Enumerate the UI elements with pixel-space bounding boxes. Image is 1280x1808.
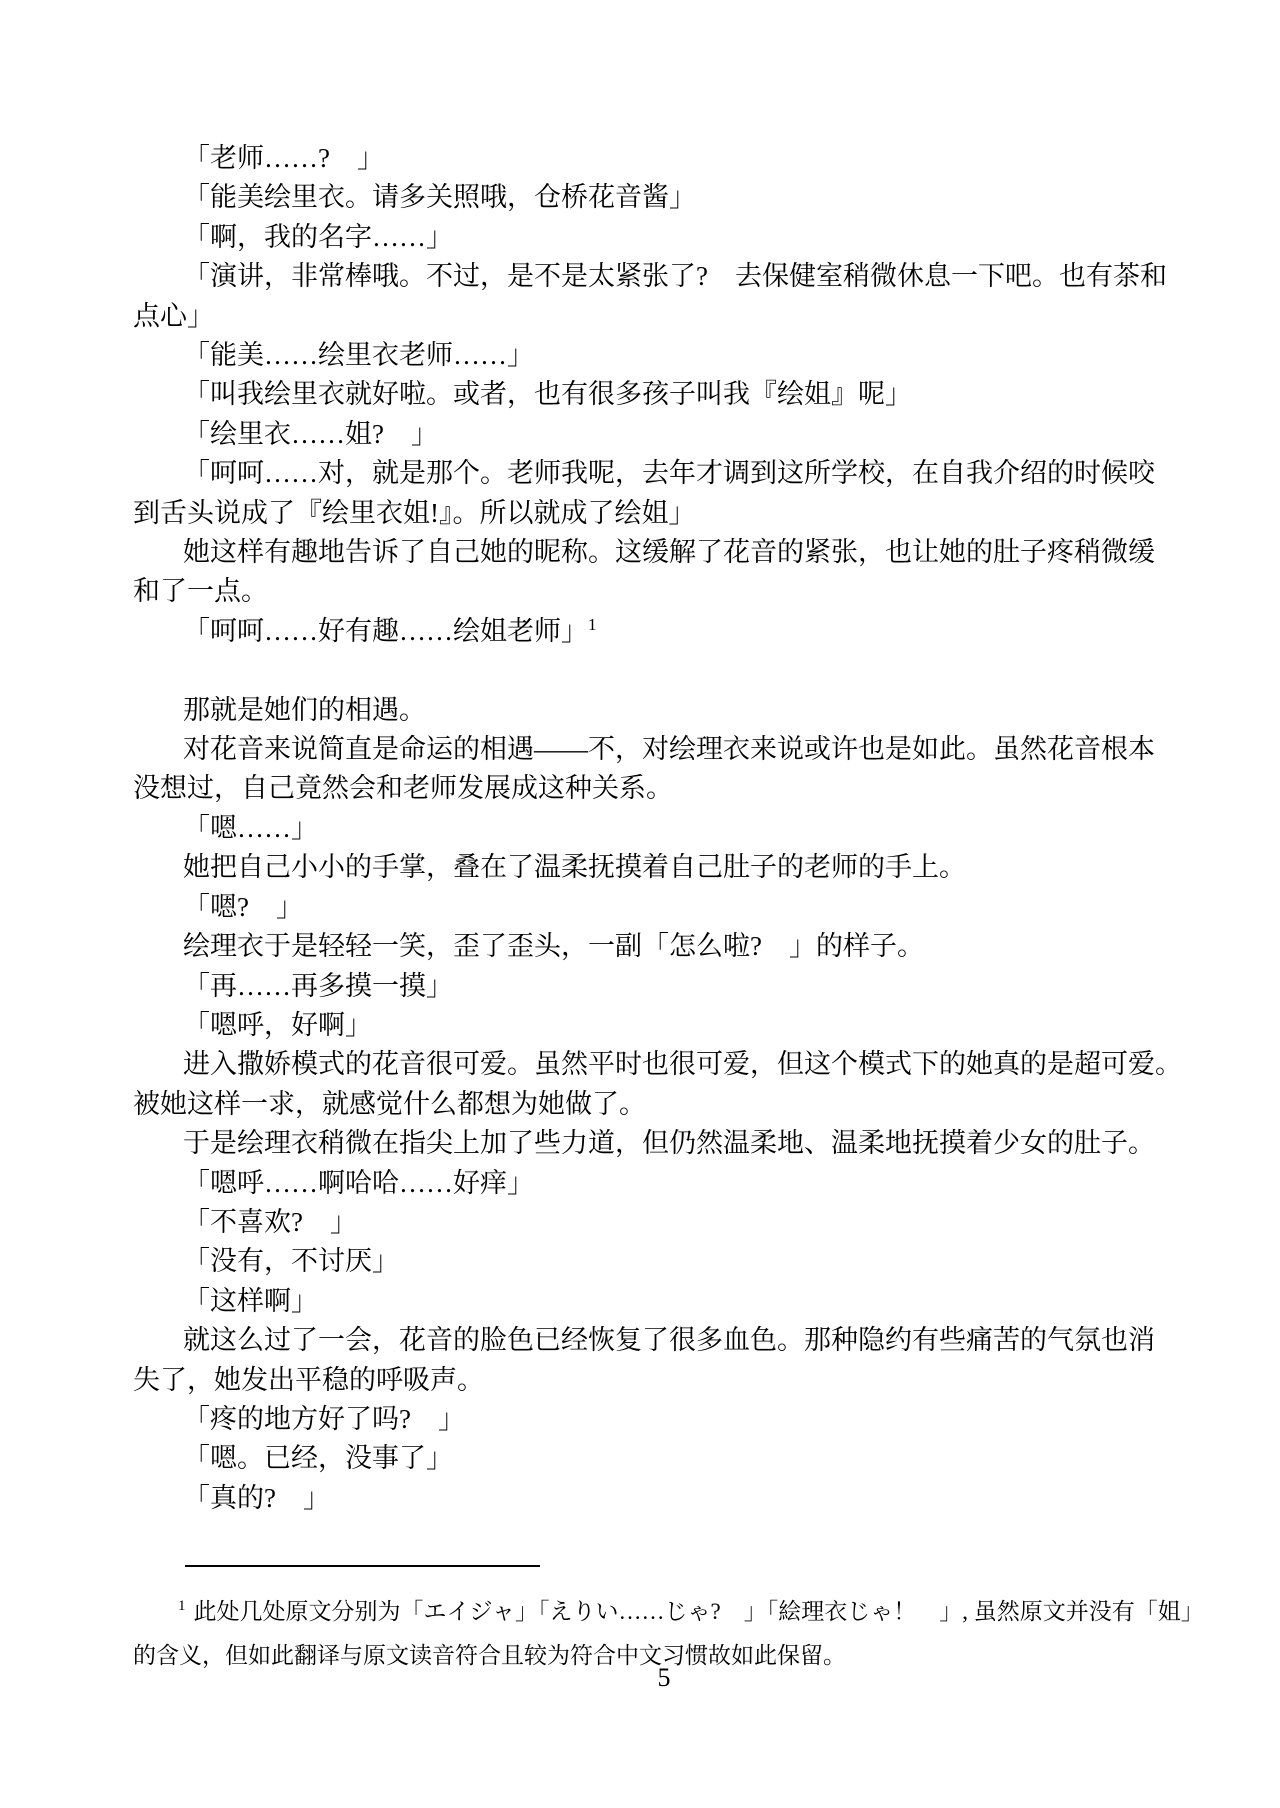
dialogue-line: 「这样啊」 bbox=[133, 1282, 1155, 1321]
line-text: 「再……再多摸一摸」 bbox=[183, 971, 453, 1001]
document-page: 「老师……? 」 「能美绘里衣。请多关照哦，仓桥花音酱」 「啊，我的名字……」 … bbox=[0, 0, 1280, 1808]
line-text: 「嗯呼，好啊」 bbox=[183, 1010, 372, 1040]
line-text: 「叫我绘里衣就好啦。或者，也有很多孩子叫我『绘姐』呢」 bbox=[183, 379, 912, 409]
dialogue-line: 「能美绘里衣。请多关照哦，仓桥花音酱」 bbox=[133, 178, 1155, 217]
line-text: 「嗯? 」 bbox=[183, 892, 303, 922]
line-text: 她把自己小小的手掌，叠在了温柔抚摸着自己肚子的老师的手上。 bbox=[183, 852, 966, 882]
line-text: 「真的? 」 bbox=[183, 1483, 330, 1513]
line-text: 「啊，我的名字……」 bbox=[183, 222, 453, 252]
line-text: 失了，她发出平稳的呼吸声。 bbox=[133, 1365, 484, 1395]
line-text: 绘理衣于是轻轻一笑，歪了歪头，一副「怎么啦? 」的样子。 bbox=[183, 931, 924, 961]
line-text: 「疼的地方好了吗? 」 bbox=[183, 1404, 465, 1434]
dialogue-line: 「真的? 」 bbox=[133, 1479, 1155, 1518]
line-text: 「嗯呼……啊哈哈……好痒」 bbox=[183, 1168, 534, 1198]
dialogue-line: 「不喜欢? 」 bbox=[133, 1203, 1155, 1242]
line-text: 「呵呵……对，就是那个。老师我呢，去年才调到这所学校，在自我介绍的时候咬 bbox=[183, 458, 1155, 488]
narration-line: 对花音来说简直是命运的相遇——不，对绘理衣来说或许也是如此。虽然花音根本 bbox=[133, 730, 1155, 769]
line-text: 于是绘理衣稍微在指尖上加了些力道，但仍然温柔地、温柔地抚摸着少女的肚子。 bbox=[183, 1128, 1155, 1158]
page-number: 5 bbox=[600, 1662, 728, 1694]
dialogue-line: 「绘里衣……姐? 」 bbox=[133, 415, 1155, 454]
line-text: 「能美……绘里衣老师……」 bbox=[183, 340, 534, 370]
footnote-text: 此处几处原文分别为「エイジャ」「えりい……じゃ? 」「絵理衣じゃ！ 」, 虽然原… bbox=[194, 1599, 1204, 1624]
dialogue-line: 「嗯……」 bbox=[133, 809, 1155, 848]
line-text: 「嗯……」 bbox=[183, 813, 318, 843]
footnote-line: 1此处几处原文分别为「エイジャ」「えりい……じゃ? 」「絵理衣じゃ！ 」, 虽然… bbox=[133, 1590, 1155, 1634]
dialogue-line: 「嗯。已经，没事了」 bbox=[133, 1439, 1155, 1478]
narration-line: 绘理衣于是轻轻一笑，歪了歪头，一副「怎么啦? 」的样子。 bbox=[133, 927, 1155, 966]
line-text: 和了一点。 bbox=[133, 576, 268, 606]
line-text: 「呵呵……好有趣……绘姐老师」 bbox=[183, 616, 588, 646]
footnote-number: 1 bbox=[178, 1598, 186, 1614]
narration-line: 她这样有趣地告诉了自己她的昵称。这缓解了花音的紧张，也让她的肚子疼稍微缓 bbox=[133, 533, 1155, 572]
line-text: 「演讲，非常棒哦。不过，是不是太紧张了? 去保健室稍微休息一下吧。也有茶和 bbox=[183, 261, 1167, 291]
line-text: 就这么过了一会，花音的脸色已经恢复了很多血色。那种隐约有些痛苦的气氛也消 bbox=[183, 1325, 1155, 1355]
dialogue-line: 到舌头说成了『绘里衣姐!』。所以就成了绘姐」 bbox=[133, 494, 1155, 533]
narration-line: 于是绘理衣稍微在指尖上加了些力道，但仍然温柔地、温柔地抚摸着少女的肚子。 bbox=[133, 1124, 1155, 1163]
dialogue-line: 「老师……? 」 bbox=[133, 139, 1155, 178]
body-text: 「老师……? 」 「能美绘里衣。请多关照哦，仓桥花音酱」 「啊，我的名字……」 … bbox=[133, 139, 1155, 1518]
dialogue-line: 「再……再多摸一摸」 bbox=[133, 967, 1155, 1006]
dialogue-line: 「嗯? 」 bbox=[133, 888, 1155, 927]
dialogue-line: 「疼的地方好了吗? 」 bbox=[133, 1400, 1155, 1439]
line-text: 「没有，不讨厌」 bbox=[183, 1246, 399, 1276]
footnote-separator bbox=[185, 1565, 540, 1567]
footnote-reference-marker: 1 bbox=[588, 615, 597, 634]
narration-line: 那就是她们的相遇。 bbox=[133, 691, 1155, 730]
narration-line: 被她这样一求，就感觉什么都想为她做了。 bbox=[133, 1085, 1155, 1124]
dialogue-line: 「呵呵……对，就是那个。老师我呢，去年才调到这所学校，在自我介绍的时候咬 bbox=[133, 454, 1155, 493]
narration-line: 没想过，自己竟然会和老师发展成这种关系。 bbox=[133, 769, 1155, 808]
dialogue-line: 「嗯呼，好啊」 bbox=[133, 1006, 1155, 1045]
line-text: 那就是她们的相遇。 bbox=[183, 695, 426, 725]
line-text: 「嗯。已经，没事了」 bbox=[183, 1443, 453, 1473]
line-text: 她这样有趣地告诉了自己她的昵称。这缓解了花音的紧张，也让她的肚子疼稍微缓 bbox=[183, 537, 1155, 567]
dialogue-line: 「叫我绘里衣就好啦。或者，也有很多孩子叫我『绘姐』呢」 bbox=[133, 375, 1155, 414]
dialogue-line: 「啊，我的名字……」 bbox=[133, 218, 1155, 257]
line-text: 「老师……? 」 bbox=[183, 143, 384, 173]
line-text: 对花音来说简直是命运的相遇——不，对绘理衣来说或许也是如此。虽然花音根本 bbox=[183, 734, 1155, 764]
line-text: 「不喜欢? 」 bbox=[183, 1207, 357, 1237]
narration-line: 和了一点。 bbox=[133, 572, 1155, 611]
dialogue-line: 「能美……绘里衣老师……」 bbox=[133, 336, 1155, 375]
dialogue-line: 「嗯呼……啊哈哈……好痒」 bbox=[133, 1164, 1155, 1203]
narration-line: 失了，她发出平稳的呼吸声。 bbox=[133, 1361, 1155, 1400]
narration-line: 进入撒娇模式的花音很可爱。虽然平时也很可爱，但这个模式下的她真的是超可爱。 bbox=[133, 1045, 1155, 1084]
narration-line: 她把自己小小的手掌，叠在了温柔抚摸着自己肚子的老师的手上。 bbox=[133, 848, 1155, 887]
line-text: 「绘里衣……姐? 」 bbox=[183, 419, 438, 449]
line-text: 进入撒娇模式的花音很可爱。虽然平时也很可爱，但这个模式下的她真的是超可爱。 bbox=[183, 1049, 1182, 1079]
footnote-text: 的含义，但如此翻译与原文读音符合且较为符合中文习惯故如此保留。 bbox=[133, 1643, 846, 1668]
line-text: 被她这样一求，就感觉什么都想为她做了。 bbox=[133, 1089, 646, 1119]
line-text: 点心」 bbox=[133, 301, 214, 331]
blank-line bbox=[133, 651, 1155, 690]
line-text: 没想过，自己竟然会和老师发展成这种关系。 bbox=[133, 773, 673, 803]
line-text: 到舌头说成了『绘里衣姐!』。所以就成了绘姐」 bbox=[133, 498, 696, 528]
line-text: 「能美绘里衣。请多关照哦，仓桥花音酱」 bbox=[183, 182, 696, 212]
narration-line: 就这么过了一会，花音的脸色已经恢复了很多血色。那种隐约有些痛苦的气氛也消 bbox=[133, 1321, 1155, 1360]
dialogue-line: 「演讲，非常棒哦。不过，是不是太紧张了? 去保健室稍微休息一下吧。也有茶和 bbox=[133, 257, 1155, 296]
dialogue-line: 「呵呵……好有趣……绘姐老师」1 bbox=[133, 612, 1155, 651]
dialogue-line: 点心」 bbox=[133, 297, 1155, 336]
line-text: 「这样啊」 bbox=[183, 1286, 318, 1316]
dialogue-line: 「没有，不讨厌」 bbox=[133, 1242, 1155, 1281]
